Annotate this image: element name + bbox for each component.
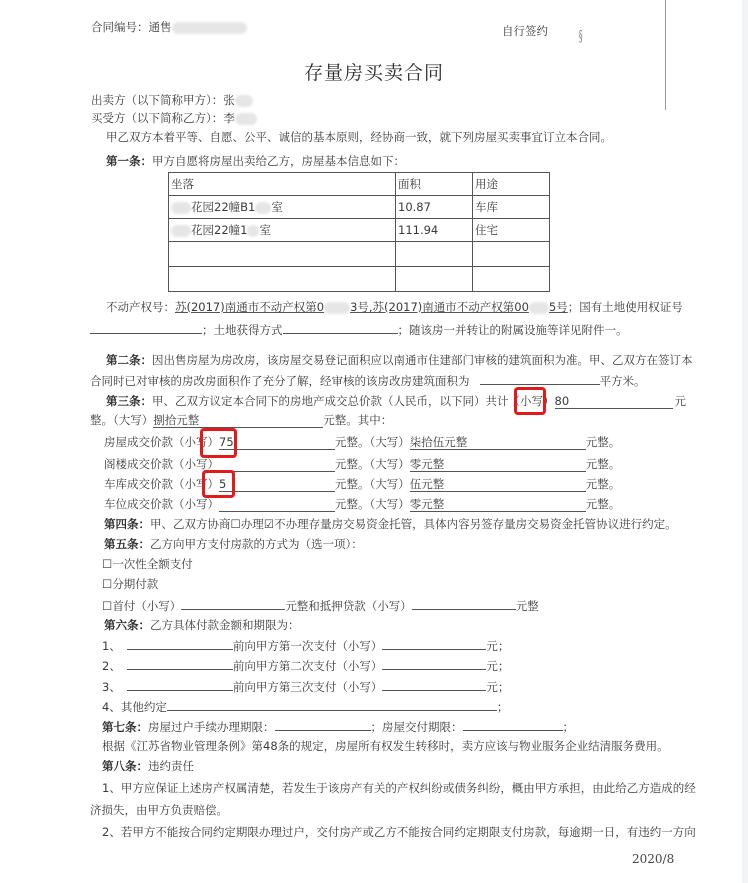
- redacted-block: [235, 95, 253, 107]
- article-4: 第四条：甲、乙双方协商☐办理☑不办理存量房交易资金托管，具体内容另签存量房交易资…: [104, 517, 677, 531]
- article-text: 甲、乙双方协商: [150, 517, 231, 531]
- price-label: 阁楼成交价款（小写）: [104, 457, 219, 471]
- redacted-block: [172, 22, 247, 34]
- footer-date: 2020/8: [632, 852, 674, 866]
- payment-amount-blank[interactable]: [382, 638, 486, 650]
- price-big-field[interactable]: 伍元整: [410, 477, 586, 492]
- article-heading: 第三条：: [106, 394, 152, 408]
- price-end: 元整。: [586, 477, 621, 491]
- location-text: 花园22幢1: [191, 223, 247, 237]
- contract-number: 合同编号：通售: [91, 20, 247, 34]
- article-heading: 第一条：: [106, 154, 152, 168]
- highlight-box-garage: [202, 470, 235, 498]
- total-small-field[interactable]: 80: [555, 394, 673, 409]
- seller-name: 张: [223, 93, 235, 107]
- cell-location: 花园22幢B1室: [169, 196, 396, 219]
- seller-label: 出卖方（以下简称甲方）：: [91, 93, 223, 107]
- payment-option-full: ☐一次性全额支付: [102, 557, 193, 571]
- article-6: 第六条：乙方具体付款金额和期限为：: [104, 618, 300, 632]
- redacted-block: [247, 225, 259, 237]
- document-title: 存量房买卖合同: [0, 58, 748, 85]
- price-label: 车位成交价款（小写）: [104, 497, 219, 511]
- redacted-block: [171, 225, 191, 237]
- price-small-field[interactable]: [219, 499, 335, 512]
- price-mid: 元整。（大写）: [335, 477, 410, 491]
- article-7: 第七条：房屋过户手续办理期限：；房屋交付期限：；: [102, 719, 574, 734]
- highlight-box-total: [514, 387, 546, 415]
- price-mid: 元整。（大写）: [335, 457, 410, 471]
- price-end: 元整。: [586, 497, 621, 511]
- intro-text: 甲乙双方本着平等、自愿、公平、诚信的基本原则，经协商一致，就下列房屋买卖事宜订立…: [106, 130, 612, 144]
- article-text: 乙方向甲方支付房款的方式为（选一项）：: [150, 537, 363, 551]
- cert-text: 苏(2017)南通市不动产权第00: [373, 300, 529, 314]
- payment-date-blank[interactable]: [127, 638, 233, 650]
- article-2-line2: 合同时已对审核的房改房面积作了充分了解，经审核的该房改房建筑面积为平方米。: [90, 373, 646, 388]
- property-cert-line: 不动产权号：苏(2017)南通市不动产权第03号,苏(2017)南通市不动产权第…: [106, 300, 683, 314]
- redacted-block: [255, 202, 271, 214]
- payment-amount-blank[interactable]: [382, 658, 486, 670]
- cert-text: 3号,: [350, 300, 372, 314]
- payment-text: 前向甲方第二次支付（小写）: [233, 659, 383, 673]
- article-text: 合同时已对审核的房改房面积作了充分了解，经审核的该房改房建筑面积为: [90, 374, 470, 388]
- article-heading: 第六条：: [104, 618, 150, 632]
- article-8: 第八条：违约责任: [102, 759, 194, 773]
- land-cert-label: ；国有土地使用权证号: [568, 300, 683, 314]
- payment-option-down: ☐首付（小写）元整和抵押贷款（小写）元整: [102, 598, 539, 613]
- price-small-field[interactable]: 5: [219, 477, 335, 492]
- cell-area: 10.87: [396, 196, 473, 219]
- table-row: [169, 267, 550, 292]
- land-method-blank[interactable]: [283, 322, 398, 334]
- clause-2: 2、若甲方不能按合同约定期限办理过户，交付房产或乙方不能按合同约定期限支付房款，…: [102, 825, 696, 839]
- article-3-line2: 整。（大写）捌拾元整元整。其中：: [90, 413, 392, 428]
- unit-label: 平方米。: [600, 374, 646, 388]
- price-end: 元整。: [586, 457, 621, 471]
- attachment-note: ；随该房一并转让的附属设施等详见附件一。: [398, 323, 628, 337]
- escrow-option-label: 办理: [241, 517, 264, 531]
- cell-use: [473, 267, 550, 292]
- option-label: 首付（小写）: [112, 599, 181, 613]
- price-item-garage: 车库成交价款（小写）5元整。（大写）伍元整元整。: [104, 477, 620, 492]
- price-big-field[interactable]: 零元整: [410, 457, 586, 472]
- mortgage-blank[interactable]: [412, 598, 516, 610]
- clause-1: 1、甲方应保证上述房产权属清楚，若发生于该房产有关的产权纠纷或债务纠纷，概由甲方…: [102, 781, 696, 795]
- contract-number-label: 合同编号：通售: [91, 20, 172, 34]
- article-text: 甲、乙双方议定本合同下的房地产成交总价款（人民币，以下同）共计（小写）: [152, 394, 555, 408]
- cell-use: [473, 242, 550, 267]
- payment-row: 1、前向甲方第一次支付（小写）元；: [102, 638, 509, 653]
- signing-type: 自行签约: [502, 24, 548, 38]
- redacted-block: [324, 302, 350, 314]
- down-payment-checkbox[interactable]: ☐: [102, 599, 112, 613]
- payment-row: 3、前向甲方第三次支付（小写）元；: [102, 679, 509, 694]
- article-text: 整。（大写）: [90, 413, 153, 427]
- cert-text: 苏(2017)南通市不动产权第0: [175, 300, 324, 314]
- total-big-field[interactable]: 捌拾元整: [153, 413, 323, 428]
- cell-area: 111.94: [396, 219, 473, 242]
- price-item-attic: 阁楼成交价款（小写）元整。（大写）零元整元整。: [104, 457, 620, 472]
- highlight-box-house: [200, 428, 237, 458]
- payment-text: 前向甲方第三次支付（小写）: [233, 680, 383, 694]
- article-heading: 第五条：: [104, 537, 150, 551]
- article-heading: 第八条：: [102, 759, 148, 773]
- option-label: 一次性全额支付: [112, 557, 193, 571]
- location-suffix: 室: [271, 200, 283, 214]
- payment-end: 元；: [486, 680, 509, 694]
- transfer-label: 房屋过户手续办理期限：: [148, 720, 275, 734]
- cell-area: [396, 267, 473, 292]
- article-text: 乙方具体付款金额和期限为：: [150, 618, 300, 632]
- buyer-line: 买受方（以下简称乙方）：李: [91, 111, 257, 125]
- article-heading: 第七条：: [102, 720, 148, 734]
- article-1: 第一条：甲方自愿将房屋出卖给乙方，房屋基本信息如下：: [106, 154, 405, 168]
- article-heading: 第二条：: [106, 353, 152, 367]
- option-label: 分期付款: [112, 577, 158, 591]
- header-area: 面积: [396, 173, 473, 196]
- cell-location: [169, 242, 396, 267]
- table-row: 花园22幢1室 111.94 住宅: [169, 219, 550, 242]
- down-payment-blank[interactable]: [181, 598, 285, 610]
- property-cert-label: 不动产权号：: [106, 300, 175, 314]
- article-end: ；: [563, 720, 575, 734]
- other-agreement: 4、其他约定；: [102, 699, 508, 714]
- cell-location: 花园22幢1室: [169, 219, 396, 242]
- buyer-label: 买受方（以下简称乙方）：: [91, 111, 223, 125]
- property-cert-1: 苏(2017)南通市不动产权第03号,苏(2017)南通市不动产权第005号: [175, 300, 568, 314]
- other-agreement-blank[interactable]: [167, 699, 497, 711]
- payment-date-blank[interactable]: [127, 679, 233, 691]
- buyer-name: 李: [223, 111, 235, 125]
- price-big-field[interactable]: 柒拾伍元整: [410, 435, 586, 450]
- payment-text: 前向甲方第一次支付（小写）: [233, 639, 383, 653]
- payment-end: 元；: [486, 639, 509, 653]
- land-line: ；土地获得方式；随该房一并转让的附属设施等详见附件一。: [90, 322, 628, 337]
- header-use: 用途: [473, 173, 550, 196]
- scan-line: [665, 0, 666, 110]
- price-big-field[interactable]: 零元整: [410, 497, 586, 512]
- cell-use: 车库: [473, 196, 550, 219]
- unit-label: 元: [675, 394, 687, 408]
- escrow-checkbox[interactable]: ☐: [231, 517, 241, 531]
- cell-location: [169, 267, 396, 292]
- payment-date-blank[interactable]: [127, 658, 233, 670]
- price-item-parking: 车位成交价款（小写）元整。（大写）零元整元整。: [104, 497, 620, 512]
- article-text: 元整。其中：: [323, 413, 392, 427]
- payment-no: 1、: [102, 639, 121, 653]
- article-heading: 第四条：: [104, 517, 150, 531]
- price-small-field[interactable]: [219, 459, 335, 472]
- cell-use: 住宅: [473, 219, 550, 242]
- redacted-block: [171, 202, 191, 214]
- area-blank[interactable]: [480, 373, 600, 385]
- no-escrow-option-label: 不办理存量房交易资金托管，具体内容另签存量房交易资金托管协议进行约定。: [274, 517, 677, 531]
- redacted-block: [529, 302, 549, 314]
- option-label: 元整: [516, 599, 539, 613]
- article-text: 因出售房屋为房改房，该房屋交易登记面积应以南通市住建部门审核的建筑面积为准。甲、…: [152, 353, 693, 367]
- payment-amount-blank[interactable]: [382, 679, 486, 691]
- header-location: 坐落: [169, 173, 396, 196]
- installment-checkbox[interactable]: ☐: [102, 577, 112, 591]
- signature-mark: §: [579, 27, 583, 45]
- table-row: 花园22幢B1室 10.87 车库: [169, 196, 550, 219]
- property-mgmt-note: 根据《江苏省物业管理条例》第48条的规定，房屋所有权发生转移时，卖方应该与物业服…: [102, 739, 669, 753]
- article-5: 第五条：乙方向甲方支付房款的方式为（选一项）：: [104, 537, 363, 551]
- article-2: 第二条：因出售房屋为房改房，该房屋交易登记面积应以南通市住建部门审核的建筑面积为…: [106, 353, 693, 367]
- transfer-deadline-blank[interactable]: [275, 719, 371, 731]
- price-end: 元整。: [586, 435, 621, 449]
- delivery-label: ；房屋交付期限：: [371, 720, 463, 734]
- price-item-house: 房屋成交价款（小写）75元整。（大写）柒拾伍元整元整。: [104, 435, 620, 450]
- payment-end: 元；: [486, 659, 509, 673]
- article-text: 违约责任: [148, 759, 194, 773]
- location-suffix: 室: [259, 223, 271, 237]
- table-row: [169, 242, 550, 267]
- redacted-block: [235, 113, 257, 125]
- other-label: 4、其他约定: [102, 700, 167, 714]
- clause-1-cont: 济损失，由甲方负责赔偿。: [90, 803, 228, 817]
- price-mid: 元整。（大写）: [335, 435, 410, 449]
- payment-no: 2、: [102, 659, 121, 673]
- location-text: 花园22幢B1: [191, 200, 255, 214]
- price-mid: 元整。（大写）: [335, 497, 410, 511]
- property-table: 坐落 面积 用途 花园22幢B1室 10.87 车库 花园22幢1室 111.9…: [168, 172, 550, 292]
- page-edge: [742, 0, 748, 883]
- cell-area: [396, 242, 473, 267]
- land-method-label: ；土地获得方式: [202, 323, 283, 337]
- cert-text: 5号: [549, 300, 568, 314]
- other-end: ；: [497, 700, 509, 714]
- delivery-deadline-blank[interactable]: [463, 719, 563, 731]
- seller-line: 出卖方（以下简称甲方）：张: [91, 93, 253, 107]
- option-label: 元整和抵押贷款（小写）: [285, 599, 412, 613]
- payment-option-installment: ☐分期付款: [102, 577, 158, 591]
- table-header-row: 坐落 面积 用途: [169, 173, 550, 196]
- payment-row: 2、前向甲方第二次支付（小写）元；: [102, 658, 509, 673]
- full-payment-checkbox[interactable]: ☐: [102, 557, 112, 571]
- article-3: 第三条：甲、乙双方议定本合同下的房地产成交总价款（人民币，以下同）共计（小写）8…: [106, 394, 686, 409]
- land-cert-blank[interactable]: [90, 322, 202, 334]
- article-text: 甲方自愿将房屋出卖给乙方，房屋基本信息如下：: [152, 154, 405, 168]
- no-escrow-checkbox-checked[interactable]: ☑: [264, 517, 274, 531]
- payment-no: 3、: [102, 680, 121, 694]
